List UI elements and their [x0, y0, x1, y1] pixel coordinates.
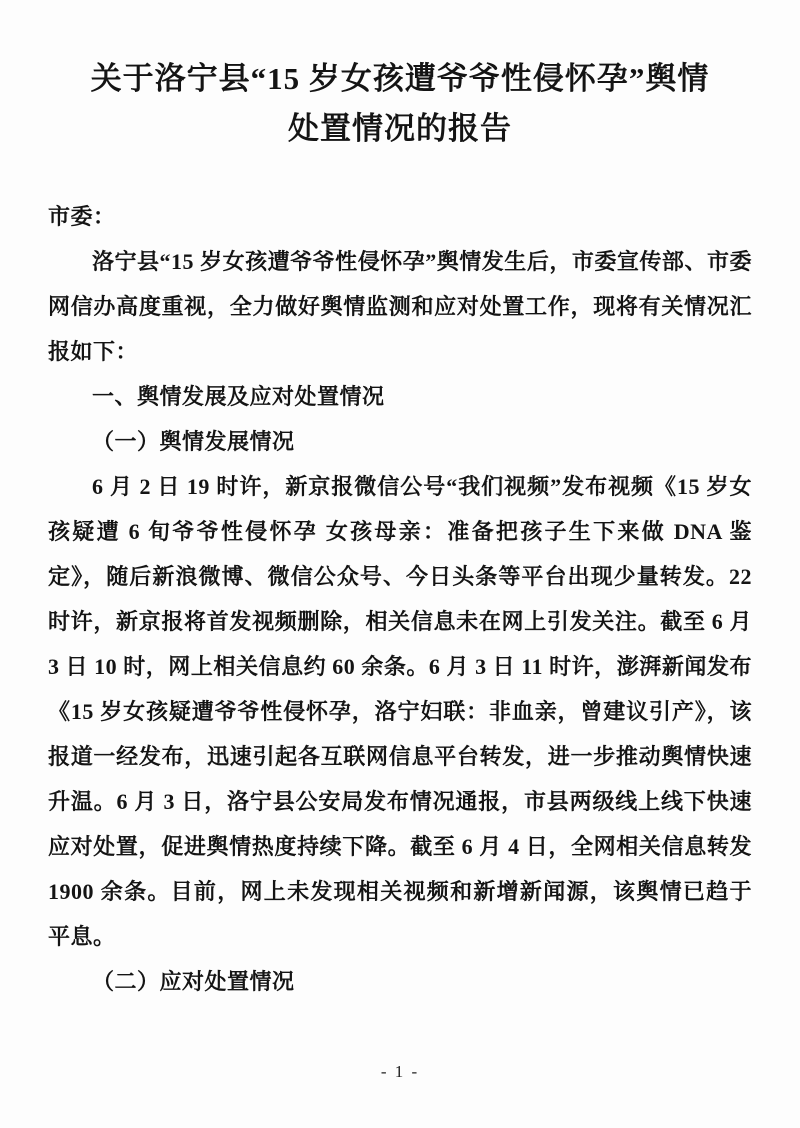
section-1-heading: 一、舆情发展及应对处置情况	[48, 374, 752, 419]
subsection-1-heading: （一）舆情发展情况	[48, 419, 752, 464]
salutation: 市委：	[48, 194, 752, 239]
page-number: - 1 -	[0, 1062, 800, 1082]
title-line-2: 处置情况的报告	[60, 104, 740, 154]
document-title: 关于洛宁县“15 岁女孩遭爷爷性侵怀孕”舆情 处置情况的报告	[60, 54, 740, 154]
intro-paragraph: 洛宁县“15 岁女孩遭爷爷性侵怀孕”舆情发生后，市委宣传部、市委网信办高度重视，…	[48, 239, 752, 374]
development-paragraph: 6 月 2 日 19 时许，新京报微信公号“我们视频”发布视频《15 岁女孩疑遭…	[48, 464, 752, 959]
subsection-2-heading: （二）应对处置情况	[48, 959, 752, 1004]
title-line-1: 关于洛宁县“15 岁女孩遭爷爷性侵怀孕”舆情	[60, 54, 740, 104]
document-page: 关于洛宁县“15 岁女孩遭爷爷性侵怀孕”舆情 处置情况的报告 市委： 洛宁县“1…	[0, 0, 800, 1128]
